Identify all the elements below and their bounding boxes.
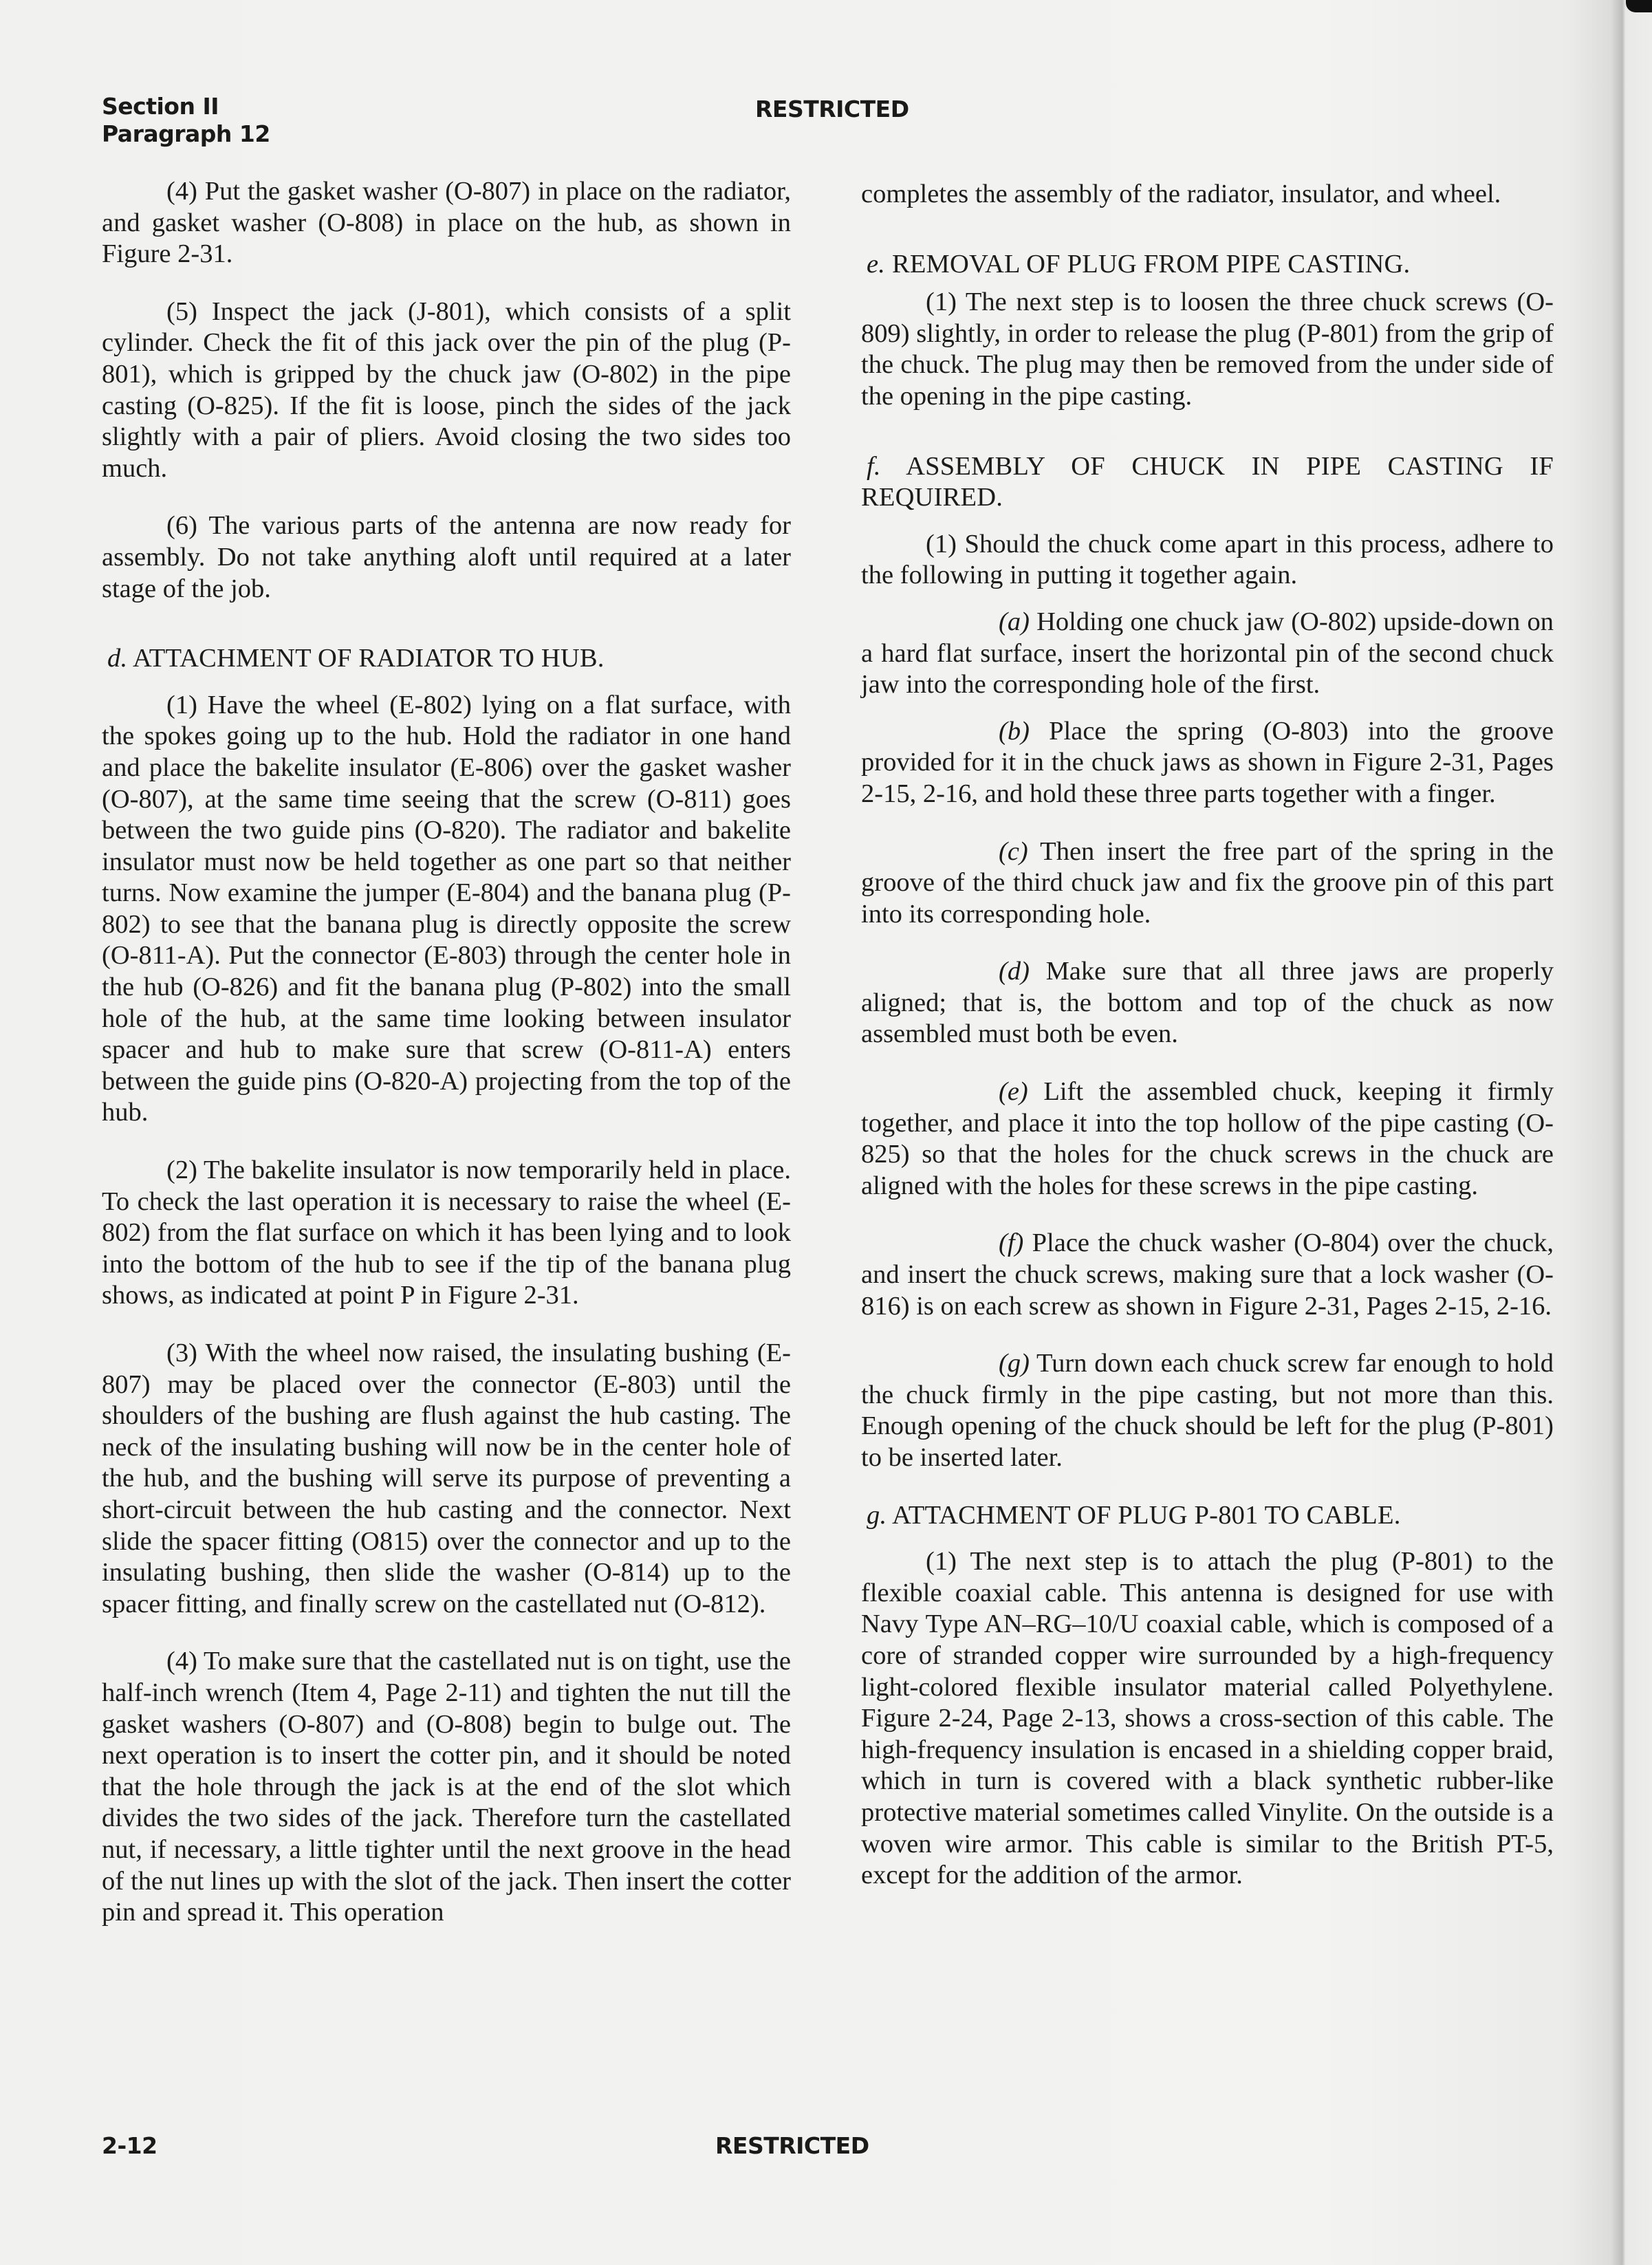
binding-edge	[1626, 0, 1652, 12]
left-column: (4) Put the gasket washer (O-807) in pla…	[102, 176, 791, 1929]
paragraph-d4: (4) To make sure that the castellated nu…	[102, 1646, 791, 1928]
section-f-title: ASSEMBLY OF CHUCK IN PIPE CASTING IF REQ…	[861, 452, 1554, 512]
page-number: 2-12	[102, 2132, 157, 2160]
section-d-letter: d.	[107, 644, 127, 673]
section-d-heading: d. ATTACHMENT OF RADIATOR TO HUB.	[102, 643, 791, 675]
list-item-f-a: (a) Holding one chuck jaw (O-802) upside…	[861, 607, 1554, 701]
classification-header: RESTRICTED	[755, 96, 909, 123]
section-f-letter: f.	[867, 452, 881, 481]
document-page: Section II Paragraph 12 RESTRICTED (4) P…	[0, 0, 1652, 2265]
paragraph-d3: (3) With the wheel now raised, the insul…	[102, 1338, 791, 1620]
section-g-letter: g.	[867, 1501, 887, 1530]
paragraph-d1: (1) Have the wheel (E-802) lying on a fl…	[102, 690, 791, 1129]
paragraph-g1: (1) The next step is to attach the plug …	[861, 1546, 1554, 1892]
paragraph-e1: (1) The next step is to loosen the three…	[861, 287, 1554, 412]
classification-footer: RESTRICTED	[715, 2132, 869, 2160]
list-item-f-b: (b) Place the spring (O-803) into the gr…	[861, 716, 1554, 810]
paragraph-d2: (2) The bakelite insulator is now tempor…	[102, 1155, 791, 1312]
section-g-heading: g. ATTACHMENT OF PLUG P-801 TO CABLE.	[861, 1500, 1554, 1532]
paragraph-label: Paragraph 12	[102, 120, 270, 148]
list-item-f-f: (f) Place the chuck washer (O-804) over …	[861, 1228, 1554, 1322]
section-label: Section II	[102, 93, 270, 120]
section-e-heading: e. REMOVAL OF PLUG FROM PIPE CASTING.	[861, 249, 1554, 281]
paragraph-c4: (4) Put the gasket washer (O-807) in pla…	[102, 176, 791, 270]
section-g-title: ATTACHMENT OF PLUG P-801 TO CABLE.	[892, 1501, 1401, 1530]
right-column: completes the assembly of the radiator, …	[861, 179, 1554, 1892]
list-item-f-d: (d) Make sure that all three jaws are pr…	[861, 956, 1554, 1050]
list-item-f-c: (c) Then insert the free part of the spr…	[861, 836, 1554, 931]
paragraph-d4-continued: completes the assembly of the radiator, …	[861, 179, 1554, 210]
section-d-title: ATTACHMENT OF RADIATOR TO HUB.	[133, 644, 605, 673]
list-item-f-e: (e) Lift the assembled chuck, keeping it…	[861, 1076, 1554, 1202]
paragraph-c5: (5) Inspect the jack (J-801), which cons…	[102, 296, 791, 485]
section-f-heading: f. ASSEMBLY OF CHUCK IN PIPE CASTING IF …	[861, 451, 1554, 514]
section-e-title: REMOVAL OF PLUG FROM PIPE CASTING.	[892, 250, 1410, 279]
list-item-f-g: (g) Turn down each chuck screw far enoug…	[861, 1348, 1554, 1473]
paragraph-f1: (1) Should the chuck come apart in this …	[861, 529, 1554, 592]
running-header-left: Section II Paragraph 12	[102, 93, 270, 148]
paragraph-c6: (6) The various parts of the antenna are…	[102, 510, 791, 605]
section-e-letter: e.	[867, 250, 885, 279]
